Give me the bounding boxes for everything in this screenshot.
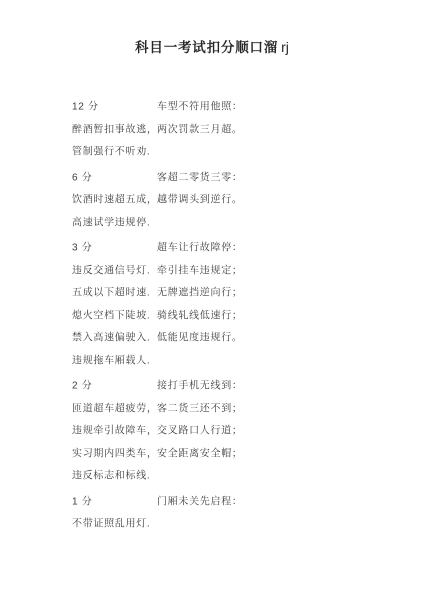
row-left-text: 违规拖车厢载人. bbox=[72, 351, 150, 366]
text-row: 匝道超车超疲劳， 客二货三还不到； bbox=[0, 396, 424, 419]
row-left-text: 实习期内四类车， bbox=[72, 444, 158, 459]
text-row: 违反交通信号灯. 牵引挂车违规定； bbox=[0, 258, 424, 281]
row-left-text: 管制强行不听劝. bbox=[72, 143, 150, 158]
title-suffix: rj bbox=[281, 39, 289, 55]
text-row: 五成以下超时速. 无牌遮挡逆向行； bbox=[0, 280, 424, 303]
row-right-text: 接打手机无线到： bbox=[157, 377, 243, 392]
row-right-text: 客超二零货三零： bbox=[157, 168, 243, 183]
document-body: 12 分 车型不符用他照： 醉酒暂扣事故逃， 两次罚款三月超。 管制强行不听劝.… bbox=[0, 94, 424, 537]
row-right-text: 牵引挂车违规定； bbox=[157, 261, 243, 276]
text-row: 1 分 门厢未关先启程： bbox=[0, 489, 424, 512]
text-row: 违反标志和标线. bbox=[0, 463, 424, 486]
score-section: 3 分 超车让行故障停： 违反交通信号灯. 牵引挂车违规定； 五成以下超时速. … bbox=[0, 235, 424, 370]
document-title: 科目一考试扣分顺口溜rj bbox=[0, 36, 424, 56]
row-left-text: 饮酒时速超五成， bbox=[72, 191, 158, 206]
row-left-text: 高速试学违规停. bbox=[72, 213, 150, 228]
row-left-text: 醉酒暂扣事故逃， bbox=[72, 120, 158, 135]
row-left-text: 3 分 bbox=[72, 239, 92, 254]
row-right-text: 越带调头到逆行。 bbox=[157, 191, 243, 206]
row-right-text: 交叉路口人行道； bbox=[157, 422, 243, 437]
row-right-text: 安全距离安全帽； bbox=[157, 444, 243, 459]
row-left-text: 2 分 bbox=[72, 377, 92, 392]
text-row: 饮酒时速超五成， 越带调头到逆行。 bbox=[0, 187, 424, 210]
row-left-text: 违反标志和标线. bbox=[72, 467, 150, 482]
text-row: 熄火空档下陡坡. 骑线轧线低速行； bbox=[0, 303, 424, 326]
row-left-text: 五成以下超时速. bbox=[72, 284, 150, 299]
row-left-text: 违规牵引故障车， bbox=[72, 422, 158, 437]
text-row: 管制强行不听劝. bbox=[0, 139, 424, 162]
row-right-text: 门厢未关先启程： bbox=[157, 492, 243, 507]
score-section: 12 分 车型不符用他照： 醉酒暂扣事故逃， 两次罚款三月超。 管制强行不听劝. bbox=[0, 94, 424, 162]
row-left-text: 1 分 bbox=[72, 492, 92, 507]
row-left-text: 不带证照乱用灯. bbox=[72, 515, 150, 530]
score-section: 2 分 接打手机无线到： 匝道超车超疲劳， 客二货三还不到； 违规牵引故障车， … bbox=[0, 373, 424, 486]
row-left-text: 熄火空档下陡坡. bbox=[72, 306, 150, 321]
text-row: 违规牵引故障车， 交叉路口人行道； bbox=[0, 418, 424, 441]
row-left-text: 12 分 bbox=[72, 98, 99, 113]
row-right-text: 低能见度违规行。 bbox=[157, 329, 243, 344]
text-row: 醉酒暂扣事故逃， 两次罚款三月超。 bbox=[0, 117, 424, 140]
score-section: 1 分 门厢未关先启程： 不带证照乱用灯. bbox=[0, 489, 424, 534]
text-row: 禁入高速偏驶入. 低能见度违规行。 bbox=[0, 325, 424, 348]
text-row: 实习期内四类车， 安全距离安全帽； bbox=[0, 441, 424, 464]
row-left-text: 6 分 bbox=[72, 168, 92, 183]
row-right-text: 两次罚款三月超。 bbox=[157, 120, 243, 135]
text-row: 3 分 超车让行故障停： bbox=[0, 235, 424, 258]
text-row: 不带证照乱用灯. bbox=[0, 511, 424, 534]
text-row: 违规拖车厢载人. bbox=[0, 348, 424, 371]
score-section: 6 分 客超二零货三零： 饮酒时速超五成， 越带调头到逆行。 高速试学违规停. bbox=[0, 165, 424, 233]
row-left-text: 违反交通信号灯. bbox=[72, 261, 150, 276]
text-row: 2 分 接打手机无线到： bbox=[0, 373, 424, 396]
row-right-text: 骑线轧线低速行； bbox=[157, 306, 243, 321]
text-row: 高速试学违规停. bbox=[0, 210, 424, 233]
row-right-text: 车型不符用他照： bbox=[157, 98, 243, 113]
row-right-text: 无牌遮挡逆向行； bbox=[157, 284, 243, 299]
row-left-text: 禁入高速偏驶入. bbox=[72, 329, 150, 344]
text-row: 6 分 客超二零货三零： bbox=[0, 165, 424, 188]
row-right-text: 客二货三还不到； bbox=[157, 399, 243, 414]
title-text: 科目一考试扣分顺口溜 bbox=[135, 40, 278, 55]
document-page: 科目一考试扣分顺口溜rj 12 分 车型不符用他照： 醉酒暂扣事故逃， 两次罚款… bbox=[0, 0, 424, 600]
row-left-text: 匝道超车超疲劳， bbox=[72, 399, 158, 414]
text-row: 12 分 车型不符用他照： bbox=[0, 94, 424, 117]
row-right-text: 超车让行故障停： bbox=[157, 239, 243, 254]
